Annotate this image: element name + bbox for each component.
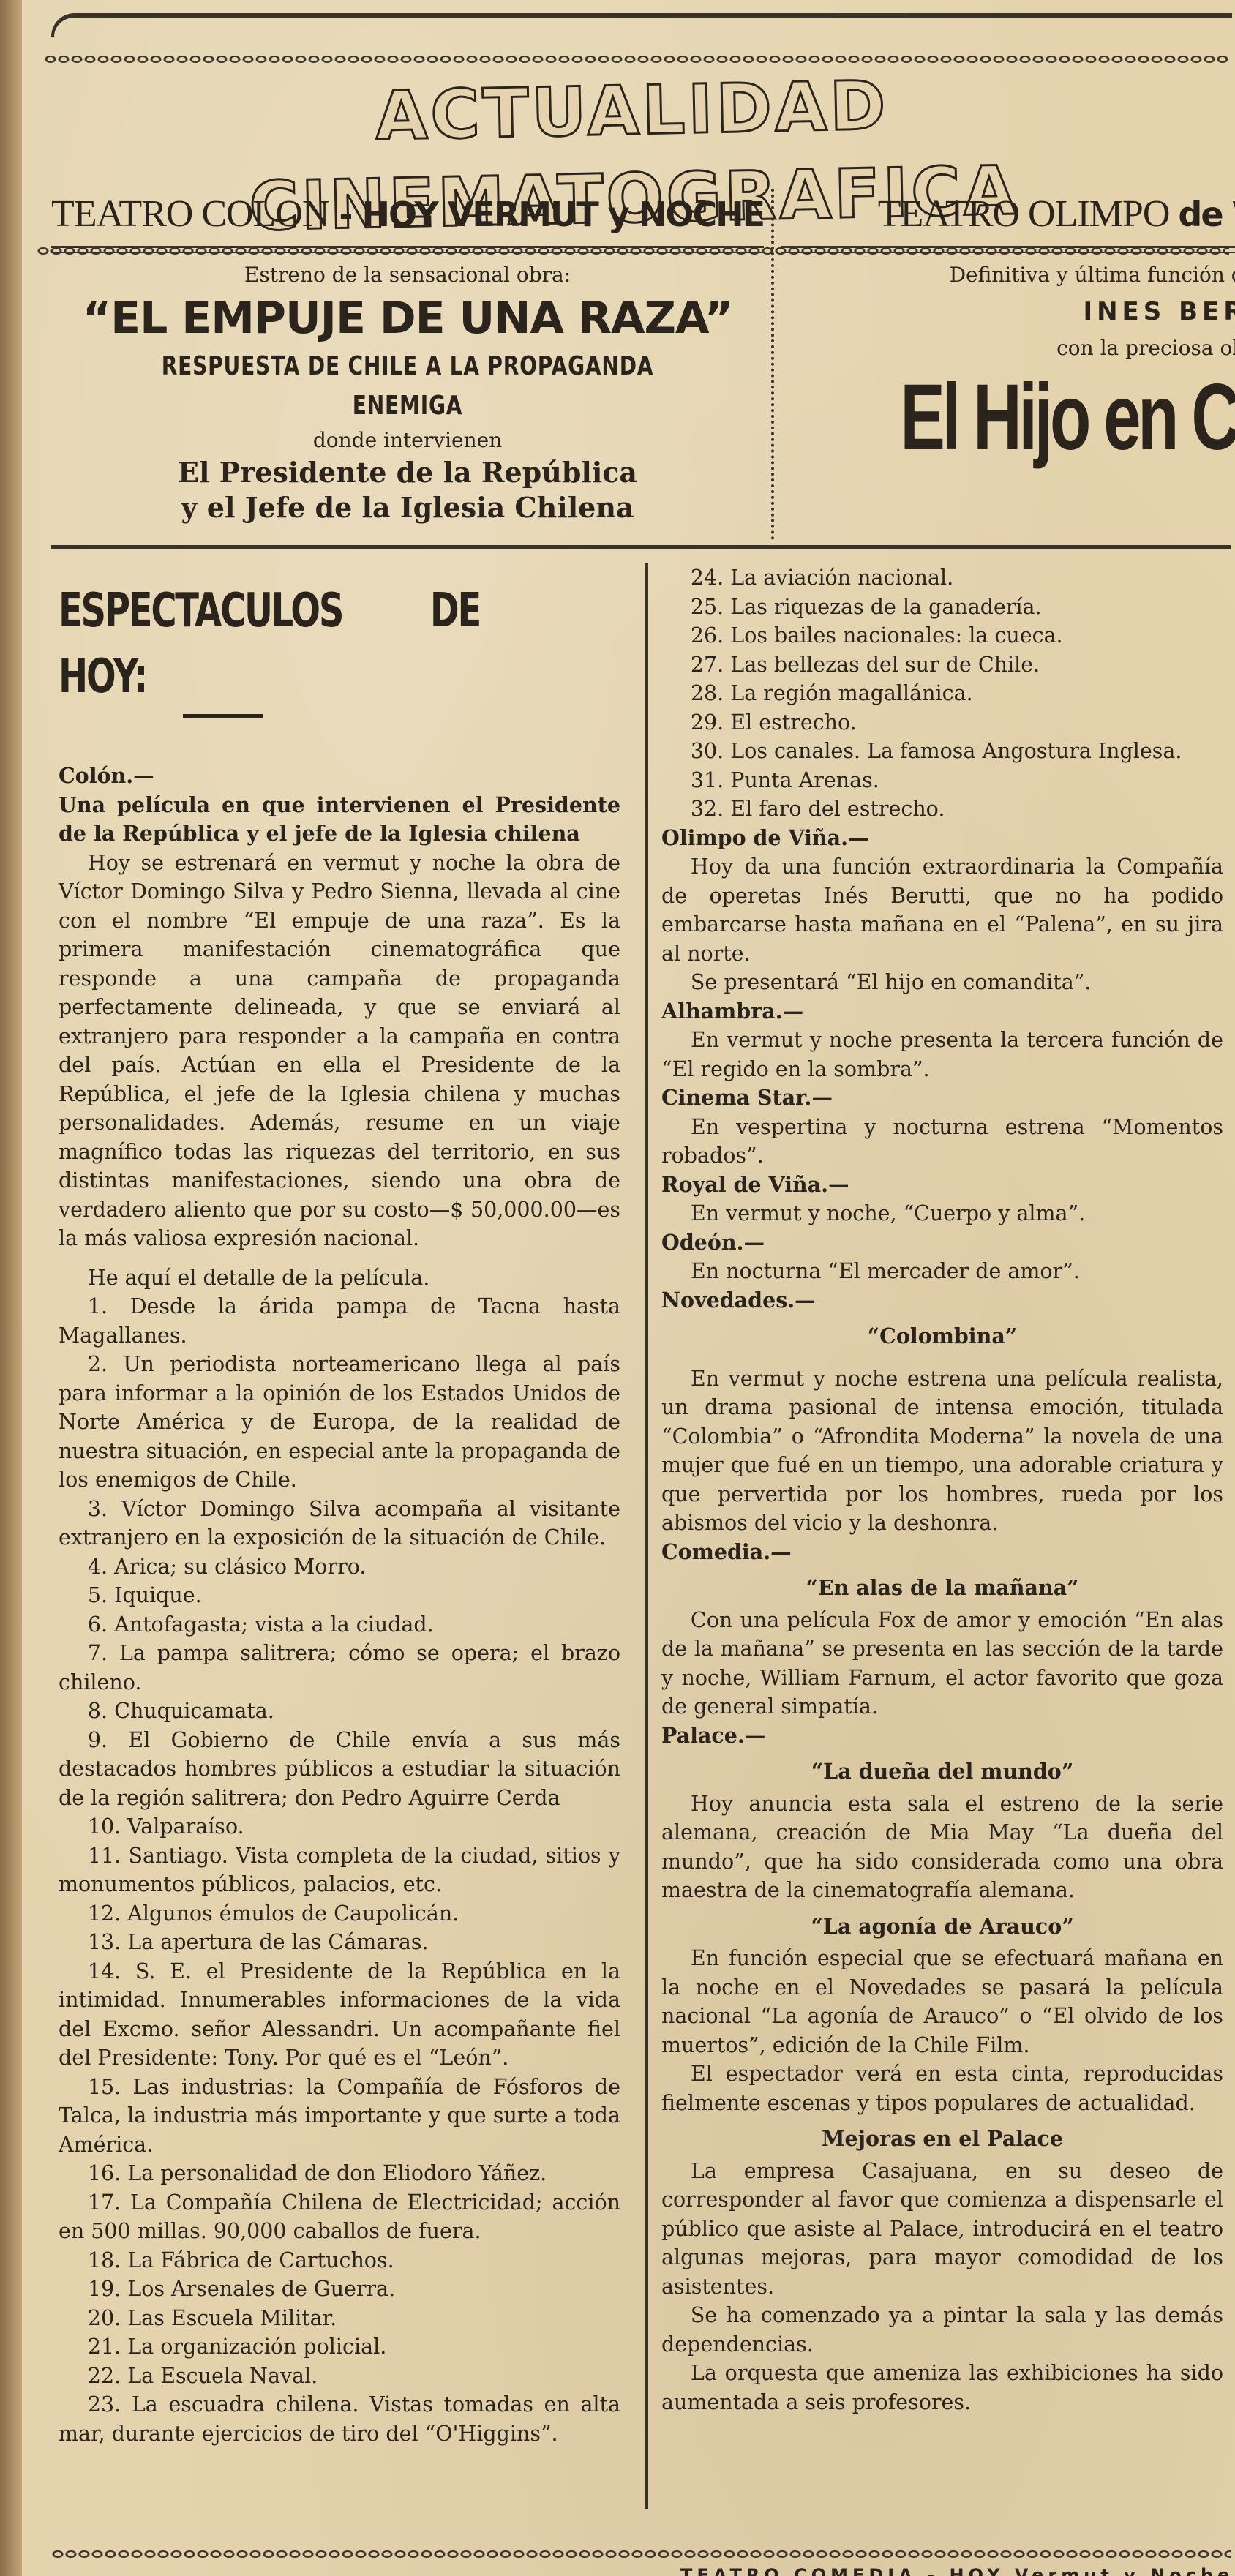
novedades-subtitle: “Colombina” — [661, 1322, 1223, 1351]
film-item: 24. La aviación nacional. — [661, 563, 1223, 593]
film-item: 5. Iquique. — [59, 1581, 620, 1610]
venue-palace: Palace.— — [661, 1721, 1223, 1751]
film-item: 21. La organización policial. — [59, 2332, 620, 2362]
olimpo-p1: Hoy da una función extraordinaria la Com… — [661, 852, 1223, 968]
film-item: 20. Las Escuela Militar. — [59, 2304, 620, 2333]
spacer — [59, 1253, 620, 1263]
comedia-subtitle: “En alas de la mañana” — [661, 1574, 1223, 1603]
mejoras-p3: La orquesta que ameniza las exhibiciones… — [661, 2359, 1223, 2417]
colon-headline: Una película en que intervienen el Presi… — [59, 791, 620, 849]
novedades-p1: En vermut y noche estrena una película r… — [661, 1364, 1223, 1538]
film-item: 2. Un periodista norteamericano llega al… — [59, 1350, 620, 1495]
ad-colon-line2: El Presidente de la República — [51, 455, 764, 490]
ad-colon-time: HOY VERMUT y NOCHE — [362, 195, 765, 234]
venue-olimpo: Olimpo de Viña.— — [661, 824, 1223, 853]
venue-cinema-star: Cinema Star.— — [661, 1084, 1223, 1113]
ad-colon-header: TEATRO COLON - HOY VERMUT y NOCHE — [51, 189, 764, 240]
venue-comedia: Comedia.— — [661, 1538, 1223, 1567]
ad-olimpo-intro: Definitiva y última función de la Cía. d… — [781, 260, 1235, 290]
colon-body: Hoy se estrenará en vermut y noche la ob… — [59, 849, 620, 1253]
palace-p2: En función especial que se efectuará mañ… — [661, 1944, 1223, 2059]
film-item: 7. La pampa salitrera; cómo se opera; el… — [59, 1639, 620, 1697]
palace-p3: El espectador verá en esta cinta, reprod… — [661, 2059, 1223, 2117]
newspaper-page: ACTUALIDAD CINEMATOGRAFICA TEATRO COLON … — [22, 0, 1235, 2576]
section-underline — [183, 714, 263, 718]
film-item: 16. La personalidad de don Eliodoro Yáñe… — [59, 2159, 620, 2188]
venue-odeon: Odeón.— — [661, 1228, 1223, 1258]
ad-colon-line1: donde intervienen — [51, 426, 764, 455]
chain-border-footer — [51, 2546, 1231, 2562]
article-columns: ESPECTACULOS DE HOY: Colón.— Una películ… — [51, 563, 1231, 2509]
film-item: 23. La escuadra chilena. Vistas tomadas … — [59, 2390, 620, 2448]
section-title: ESPECTACULOS DE HOY: — [59, 578, 480, 710]
film-item: 30. Los canales. La famosa Angostura Ing… — [661, 737, 1223, 766]
odeon-p1: En nocturna “El mercader de amor”. — [661, 1257, 1223, 1286]
ad-colon-title: “EL EMPUJE DE UNA RAZA” — [51, 290, 764, 347]
venue-novedades: Novedades.— — [661, 1286, 1223, 1315]
film-item: 19. Los Arsenales de Guerra. — [59, 2275, 620, 2304]
ad-teatro-olimpo: TEATRO OLIMPO de Viña-HOY NOCHE Definiti… — [774, 189, 1235, 540]
palace-p1: Hoy anuncia esta sala el estreno de la s… — [661, 1790, 1223, 1905]
ad-olimpo-theater: TEATRO OLIMPO — [878, 193, 1170, 235]
top-border-rule — [51, 13, 1232, 37]
film-item: 15. Las industrias: la Compañía de Fósfo… — [59, 2073, 620, 2160]
ads-bottom-rule — [51, 545, 1231, 549]
film-item: 11. Santiago. Vista completa de la ciuda… — [59, 1841, 620, 1899]
film-item: 3. Víctor Domingo Silva acompaña al visi… — [59, 1495, 620, 1552]
film-item: 31. Punta Arenas. — [661, 766, 1223, 795]
film-item: 17. La Compañía Chilena de Electricidad;… — [59, 2188, 620, 2246]
mejoras-p1: La empresa Casajuana, en su deseo de cor… — [661, 2157, 1223, 2302]
ad-olimpo-place: de Viña-HOY NOCHE — [1178, 195, 1235, 234]
mejoras-subtitle: Mejoras en el Palace — [661, 2125, 1223, 2154]
ad-colon-sep: - — [329, 195, 361, 234]
film-item: 32. El faro del estrecho. — [661, 795, 1223, 824]
palace-subtitle-2: “La agonía de Arauco” — [661, 1912, 1223, 1942]
venue-alhambra: Alhambra.— — [661, 997, 1223, 1026]
venue-royal: Royal de Viña.— — [661, 1171, 1223, 1200]
cinema-star-p1: En vespertina y nocturna estrena “Moment… — [661, 1113, 1223, 1171]
detail-intro: He aquí el detalle de la película. — [59, 1263, 620, 1293]
comedia-p1: Con una película Fox de amor y emoción “… — [661, 1606, 1223, 1721]
film-item: 10. Valparaíso. — [59, 1812, 620, 1841]
venue-colon: Colón.— — [59, 762, 620, 791]
ad-colon-theater: TEATRO COLON — [51, 193, 329, 235]
royal-p1: En vermut y noche, “Cuerpo y alma”. — [661, 1199, 1223, 1228]
film-item: 29. El estrecho. — [661, 708, 1223, 737]
ad-teatro-colon: TEATRO COLON - HOY VERMUT y NOCHE Estren… — [51, 189, 774, 540]
film-item: 22. La Escuela Naval. — [59, 2362, 620, 2391]
left-column: ESPECTACULOS DE HOY: Colón.— Una películ… — [51, 563, 648, 2509]
ad-olimpo-line1: con la preciosa obra e treno: — [781, 334, 1235, 363]
film-item: 26. Los bailes nacionales: la cueca. — [661, 621, 1223, 650]
film-item: 13. La apertura de las Cámaras. — [59, 1928, 620, 1957]
ad-colon-divider — [51, 246, 764, 253]
film-item: 14. S. E. el Presidente de la República … — [59, 1957, 620, 2073]
palace-subtitle-1: “La dueña del mundo” — [661, 1757, 1223, 1787]
film-item: 6. Antofagasta; vista a la ciudad. — [59, 1610, 620, 1640]
page-binding-edge — [0, 0, 22, 2576]
film-item: 4. Arica; su clásico Morro. — [59, 1552, 620, 1582]
film-item: 1. Desde la árida pampa de Tacna hasta M… — [59, 1292, 620, 1350]
ad-colon-intro: Estreno de la sensacional obra: — [51, 260, 764, 290]
advertisement-row: TEATRO COLON - HOY VERMUT y NOCHE Estren… — [51, 189, 1231, 540]
film-item: 8. Chuquicamata. — [59, 1697, 620, 1726]
ad-olimpo-title: El Hijo en Comandita — [901, 363, 1235, 473]
film-item: 25. Las riquezas de la ganadería. — [661, 593, 1223, 622]
right-column: 24. La aviación nacional. 25. Las riquez… — [648, 563, 1231, 2509]
ad-olimpo-company: INES BERUTTI — [781, 290, 1235, 334]
ad-colon-subtitle: RESPUESTA DE CHILE A LA PROPAGANDA ENEMI… — [129, 347, 686, 426]
film-item: 18. La Fábrica de Cartuchos. — [59, 2246, 620, 2275]
olimpo-p2: Se presentará “El hijo en comandita”. — [661, 968, 1223, 997]
film-item: 12. Algunos émulos de Caupolicán. — [59, 1899, 620, 1929]
film-item: 28. La región magallánica. — [661, 679, 1223, 708]
ad-olimpo-divider — [781, 246, 1235, 253]
ad-olimpo-header: TEATRO OLIMPO de Viña-HOY NOCHE — [781, 189, 1235, 240]
footer-partial-ad: TEATRO COMEDIA - HOY Vermut y Noche — [680, 2565, 1234, 2576]
ad-colon-line3: y el Jefe de la Iglesia Chilena — [51, 490, 764, 525]
alhambra-p1: En vermut y noche presenta la tercera fu… — [661, 1026, 1223, 1084]
spacer — [661, 1354, 1223, 1364]
mejoras-p2: Se ha comenzado ya a pintar la sala y la… — [661, 2301, 1223, 2359]
film-item: 9. El Gobierno de Chile envía a sus más … — [59, 1726, 620, 1813]
film-item: 27. Las bellezas del sur de Chile. — [661, 650, 1223, 680]
